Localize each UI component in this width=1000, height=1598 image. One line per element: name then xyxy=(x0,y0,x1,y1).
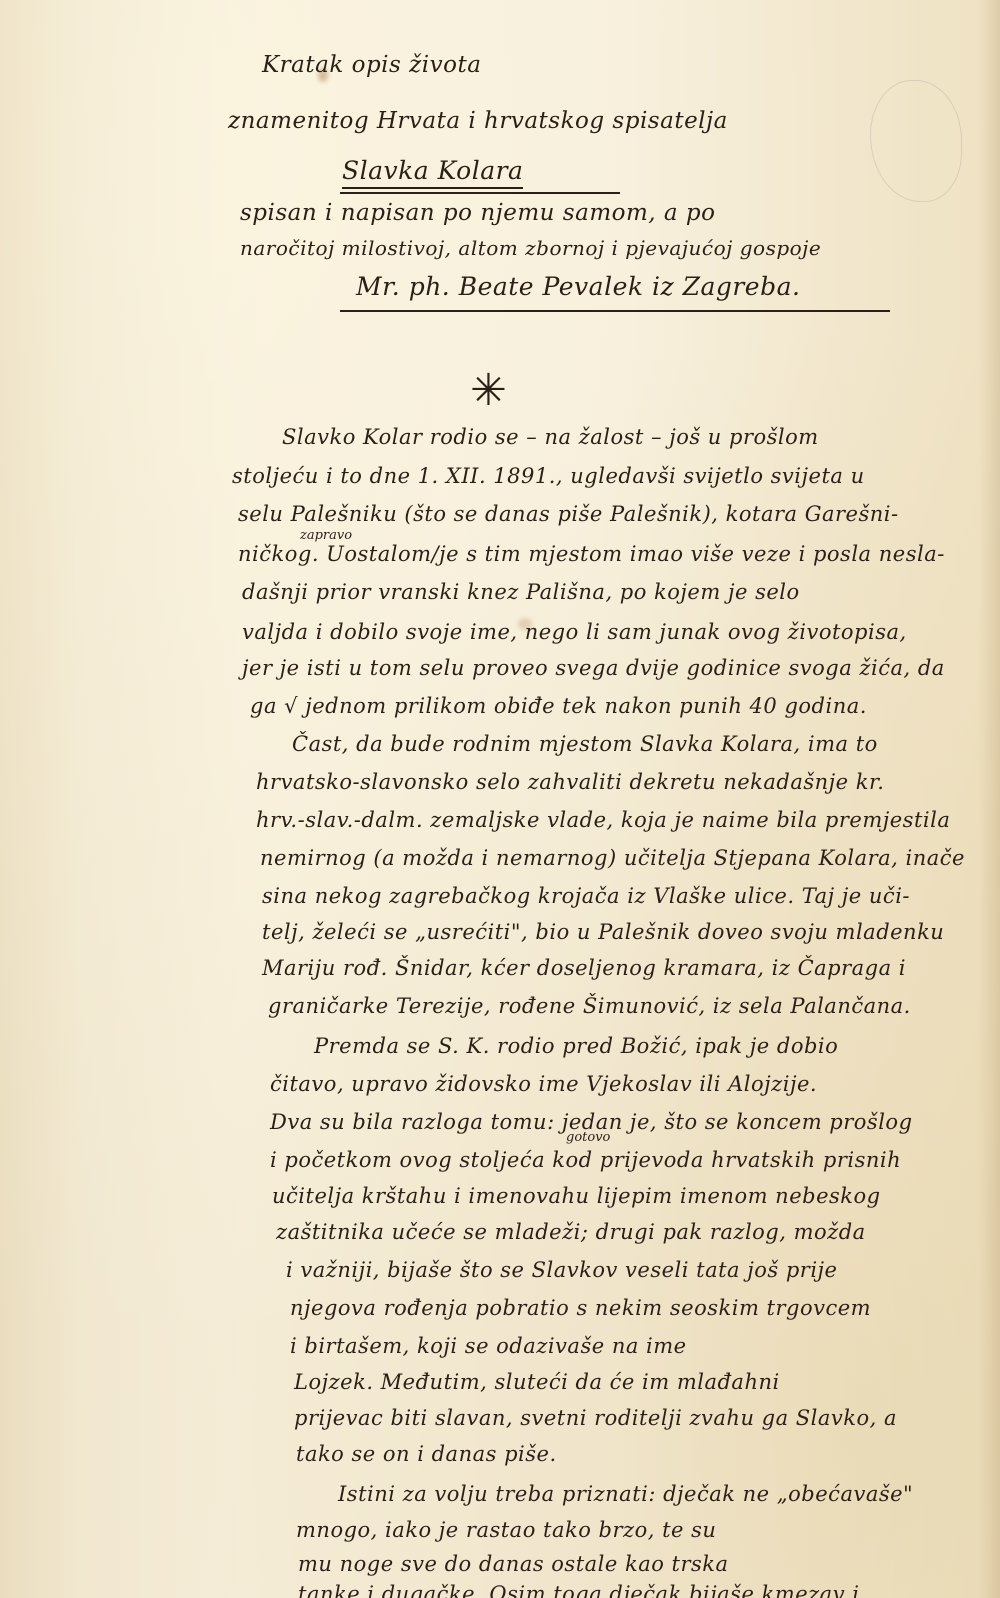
pencil-mark xyxy=(870,80,962,202)
body-line: mnogo, iako je rastao tako brzo, te su xyxy=(296,1518,716,1542)
body-line: tako se on i danas piše. xyxy=(296,1442,557,1466)
body-line: zaštitnika učeće se mladeži; drugi pak r… xyxy=(276,1220,866,1244)
body-line: i početkom ovog stoljeća kod prijevoda h… xyxy=(270,1148,901,1172)
body-line: Čast, da bude rodnim mjestom Slavka Kola… xyxy=(292,732,878,756)
body-line: tanke i dugačke. Osim toga dječak bijaše… xyxy=(298,1582,859,1598)
body-line: stoljeću i to dne 1. XII. 1891., ugledav… xyxy=(232,464,865,488)
title-line-1: Kratak opis života xyxy=(262,52,481,78)
body-line: Premda se S. K. rodio pred Božić, ipak j… xyxy=(314,1034,838,1058)
body-line: učitelja krštahu i imenovahu lijepim ime… xyxy=(272,1184,881,1208)
body-line: njegova rođenja pobratio s nekim seoskim… xyxy=(290,1296,871,1320)
body-line: selu Palešniku (što se danas piše Palešn… xyxy=(238,502,899,526)
body-line: hrvatsko-slavonsko selo zahvaliti dekret… xyxy=(256,770,884,794)
title-line-6: Mr. ph. Beate Pevalek iz Zagreba. xyxy=(356,272,800,301)
body-line: Istini za volju treba priznati: dječak n… xyxy=(338,1482,913,1506)
body-line: prijevac biti slavan, svetni roditelji z… xyxy=(294,1406,897,1430)
body-line: jer je isti u tom selu proveo svega dvij… xyxy=(242,656,945,680)
title-underline xyxy=(340,192,620,194)
title-line-3: Slavka Kolara xyxy=(342,156,523,189)
body-line: dašnji prior vranski knez Pališna, po ko… xyxy=(242,580,800,604)
title-line-2: znamenitog Hrvata i hrvatskog spisatelja xyxy=(228,108,728,134)
paper-fold-shade xyxy=(0,0,240,1598)
interlinear-insertion: zapravo xyxy=(300,528,352,543)
body-line: graničarke Terezije, rođene Šimunović, i… xyxy=(268,994,911,1018)
body-line: Lojzek. Međutim, sluteći da će im mlađah… xyxy=(294,1370,780,1394)
body-line: nemirnog (a možda i nemarnog) učitelja S… xyxy=(260,846,965,870)
paper-edge-shade xyxy=(978,0,1000,1598)
title-line-5: naročitoj milostivoj, altom zbornoj i pj… xyxy=(240,236,821,260)
body-line: hrv.-slav.-dalm. zemaljske vlade, koja j… xyxy=(256,808,950,832)
body-line: ga √ jednom prilikom obiđe tek nakon pun… xyxy=(250,694,867,718)
body-line: Slavko Kolar rodio se – na žalost – još … xyxy=(282,425,819,449)
body-line: ničkog. Uostalom/je s tim mjestom imao v… xyxy=(238,542,945,566)
body-line: čitavo, upravo židovsko ime Vjekoslav il… xyxy=(270,1072,817,1096)
author-underline xyxy=(340,310,890,312)
asterisk-separator: ✳ xyxy=(470,365,507,416)
title-line-4: spisan i napisan po njemu samom, a po xyxy=(240,200,716,226)
body-line: Mariju rođ. Šnidar, kćer doseljenog kram… xyxy=(262,956,906,980)
interlinear-insertion: gotovo xyxy=(566,1130,610,1145)
body-line: i važniji, bijaše što se Slavkov veseli … xyxy=(286,1258,837,1282)
body-line: sina nekog zagrebačkog krojača iz Vlaške… xyxy=(262,884,910,908)
body-line: valjda i dobilo svoje ime, nego li sam j… xyxy=(242,620,907,644)
body-line: mu noge sve do danas ostale kao trska xyxy=(298,1552,729,1576)
manuscript-page: Kratak opis života znamenitog Hrvata i h… xyxy=(0,0,1000,1598)
body-line: telj, želeći se „usrećiti", bio u Palešn… xyxy=(262,920,944,944)
body-line: i birtašem, koji se odazivaše na ime xyxy=(290,1334,687,1358)
